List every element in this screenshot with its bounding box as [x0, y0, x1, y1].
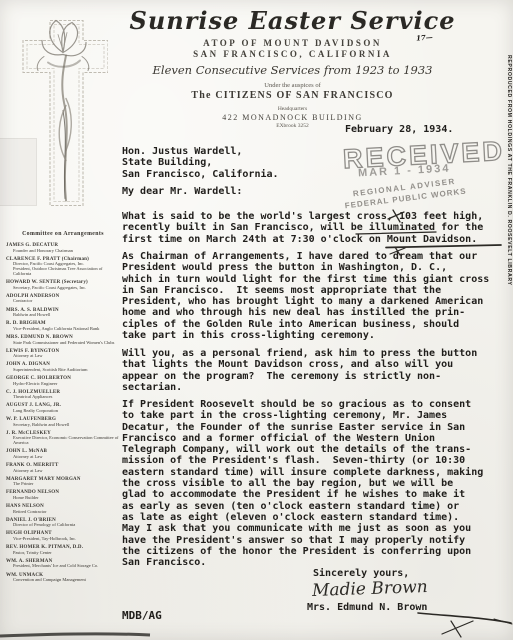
letterhead-hq-address: 422 MONADNOCK BUILDING: [125, 113, 460, 122]
letterhead-title: Sunrise Easter Service: [125, 6, 460, 35]
member-roles: Director, Pacific Coast Aggregates, Inc.…: [6, 262, 120, 277]
paragraph-4: If President Roosevelt should be so grac…: [122, 399, 483, 568]
member-roles: Hydro-Electric Engineer: [6, 382, 120, 387]
committee-member: HOWARD W. SENTER (Secretary) Secretary, …: [6, 280, 120, 291]
typist-reference: MDB/AG: [122, 610, 162, 621]
member-roles: Attorney at Law: [6, 354, 120, 359]
committee-member: JOHN L. McNAB Attorney at Law: [6, 449, 120, 460]
member-roles: Secretary, Pacific Coast Aggregates, Inc…: [6, 286, 120, 291]
member-roles: Theatrical Appliances: [6, 395, 120, 400]
committee-member: LEWIS F. BYINGTON Attorney at Law: [6, 349, 120, 360]
committee-member: HUGH OLIPHANT Vice-President, Tay-Holbro…: [6, 531, 120, 542]
letterhead-auspices-label: Under the auspices of: [125, 82, 460, 89]
committee-member: JOHN A. DIGNAN Superintendent, Scottish …: [6, 362, 120, 373]
member-roles: Superintendent, Scottish Rite Auditorium: [6, 368, 120, 373]
committee-member: MRS. A. S. BALDWIN Baldwin and Howell: [6, 308, 120, 319]
received-stamp-office: REGIONAL ADVISER FEDERAL PUBLIC WORKS: [339, 175, 470, 211]
member-roles: Executive Director, Economic Conservatio…: [6, 436, 120, 446]
letterhead-hq-label: Headquarters: [125, 106, 460, 112]
committee-member: FRANK O. MERRITT Attorney at Law: [6, 463, 120, 474]
member-roles: Director of Penology of California: [6, 523, 120, 528]
committee-member: AUGUST J. LANG, JR. Lang Realty Corporat…: [6, 403, 120, 414]
letterhead-auspices: The CITIZENS OF SAN FRANCISCO: [125, 90, 460, 101]
member-roles: Retired Contractor: [6, 510, 120, 515]
lily-cross-artwork: [8, 8, 108, 213]
member-roles: Baldwin and Howell: [6, 313, 120, 318]
committee-member: WM. UNMACK Convention and Campaign Manag…: [6, 573, 120, 584]
member-roles: Vice-President, Tay-Holbrook, Inc.: [6, 537, 120, 542]
committee-member: REV. HOMER K. PITMAN, D.D. Pastor, Trini…: [6, 545, 120, 556]
member-roles: Lang Realty Corporation: [6, 409, 120, 414]
recipient-address: Hon. Justus Wardell, State Building, San…: [122, 146, 279, 180]
letterhead-location-line1: ATOP OF MOUNT DAVIDSON: [125, 38, 460, 48]
committee-member: DANIEL J. O'BRIEN Director of Penology o…: [6, 518, 120, 529]
member-roles: Pastor, Trinity Center: [6, 551, 120, 556]
signature-underline-2: [494, 619, 512, 624]
member-roles: Secretary, Baldwin and Howell: [6, 423, 120, 428]
committee-member: HANS NELSON Retired Contractor: [6, 504, 120, 515]
member-roles: Vice-President, Anglo California Nationa…: [6, 327, 120, 332]
letter-date: February 28, 1934.: [345, 124, 453, 135]
paragraph-2: As Chairman of Arrangements, I have dare…: [122, 251, 489, 341]
letter-page: Sunrise Easter Service ATOP OF MOUNT DAV…: [0, 0, 513, 640]
x-mark-signature: [442, 621, 473, 637]
committee-member: C. J. HOLZMUELLER Theatrical Appliances: [6, 390, 120, 401]
committee-member: JAMES G. DECATUR Founder and Honorary Ch…: [6, 243, 120, 254]
paragraph-3: Will you, as a personal friend, ask him …: [122, 348, 477, 393]
member-roles: The Printer: [6, 482, 120, 487]
committee-member: WM. A. SHERMAN President, Merchants' Ice…: [6, 559, 120, 570]
committee-sidebar: Committee on Arrangements JAMES G. DECAT…: [6, 231, 120, 586]
member-roles: Founder and Honorary Chairman: [6, 249, 120, 254]
committee-heading: Committee on Arrangements: [6, 231, 120, 237]
letterhead-tagline: Eleven Consecutive Services from 1923 to…: [125, 63, 460, 77]
member-roles: Convention and Campaign Management: [6, 578, 120, 583]
member-roles: Attorney at Law: [6, 469, 120, 474]
committee-member: GEORGE C. HOLBERTON Hydro-Electric Engin…: [6, 376, 120, 387]
committee-member: MARGARET MARY MORGAN The Printer: [6, 477, 120, 488]
archive-margin-stamp: REPRODUCED FROM HOLDINGS AT THE FRANKLIN…: [506, 55, 512, 315]
member-roles: Home Builder: [6, 496, 120, 501]
committee-member: MRS. EDMUND N. BROWN State Park Commissi…: [6, 335, 120, 346]
committee-member-list: JAMES G. DECATUR Founder and Honorary Ch…: [6, 243, 120, 583]
letterhead-location-line2: SAN FRANCISCO, CALIFORNIA: [125, 49, 460, 59]
committee-member: FERNANDO NELSON Home Builder: [6, 490, 120, 501]
member-roles: President, Merchants' Ice and Cold Stora…: [6, 564, 120, 569]
scan-edge-line: [0, 634, 150, 636]
member-roles: State Park Commissioner and Federated Wo…: [6, 341, 120, 346]
underline-mount-davidson: [386, 245, 501, 248]
committee-member: W. P. LAUFENBERG Secretary, Baldwin and …: [6, 417, 120, 428]
committee-member: R. D. BRIGHAM Vice-President, Anglo Cali…: [6, 321, 120, 332]
committee-member: ADOLPH ANDERSON Contractor: [6, 294, 120, 305]
committee-member: J. R. McCLESKEY Executive Director, Econ…: [6, 431, 120, 446]
letterhead: Sunrise Easter Service ATOP OF MOUNT DAV…: [125, 6, 460, 129]
member-roles: Attorney at Law: [6, 455, 120, 460]
member-roles: Contractor: [6, 299, 120, 304]
typed-signature-name: Mrs. Edmund N. Brown: [307, 602, 427, 613]
handwritten-signature: Madie Brown: [312, 577, 428, 601]
committee-member: CLARENCE F. PRATT (Chairman) Director, P…: [6, 257, 120, 277]
signature-underline: [418, 613, 511, 623]
handwritten-topright-mark: 17—: [416, 32, 433, 42]
paragraph-1: What is said to be the world's largest c…: [122, 211, 483, 245]
salutation: My dear Mr. Wardell:: [122, 186, 242, 197]
